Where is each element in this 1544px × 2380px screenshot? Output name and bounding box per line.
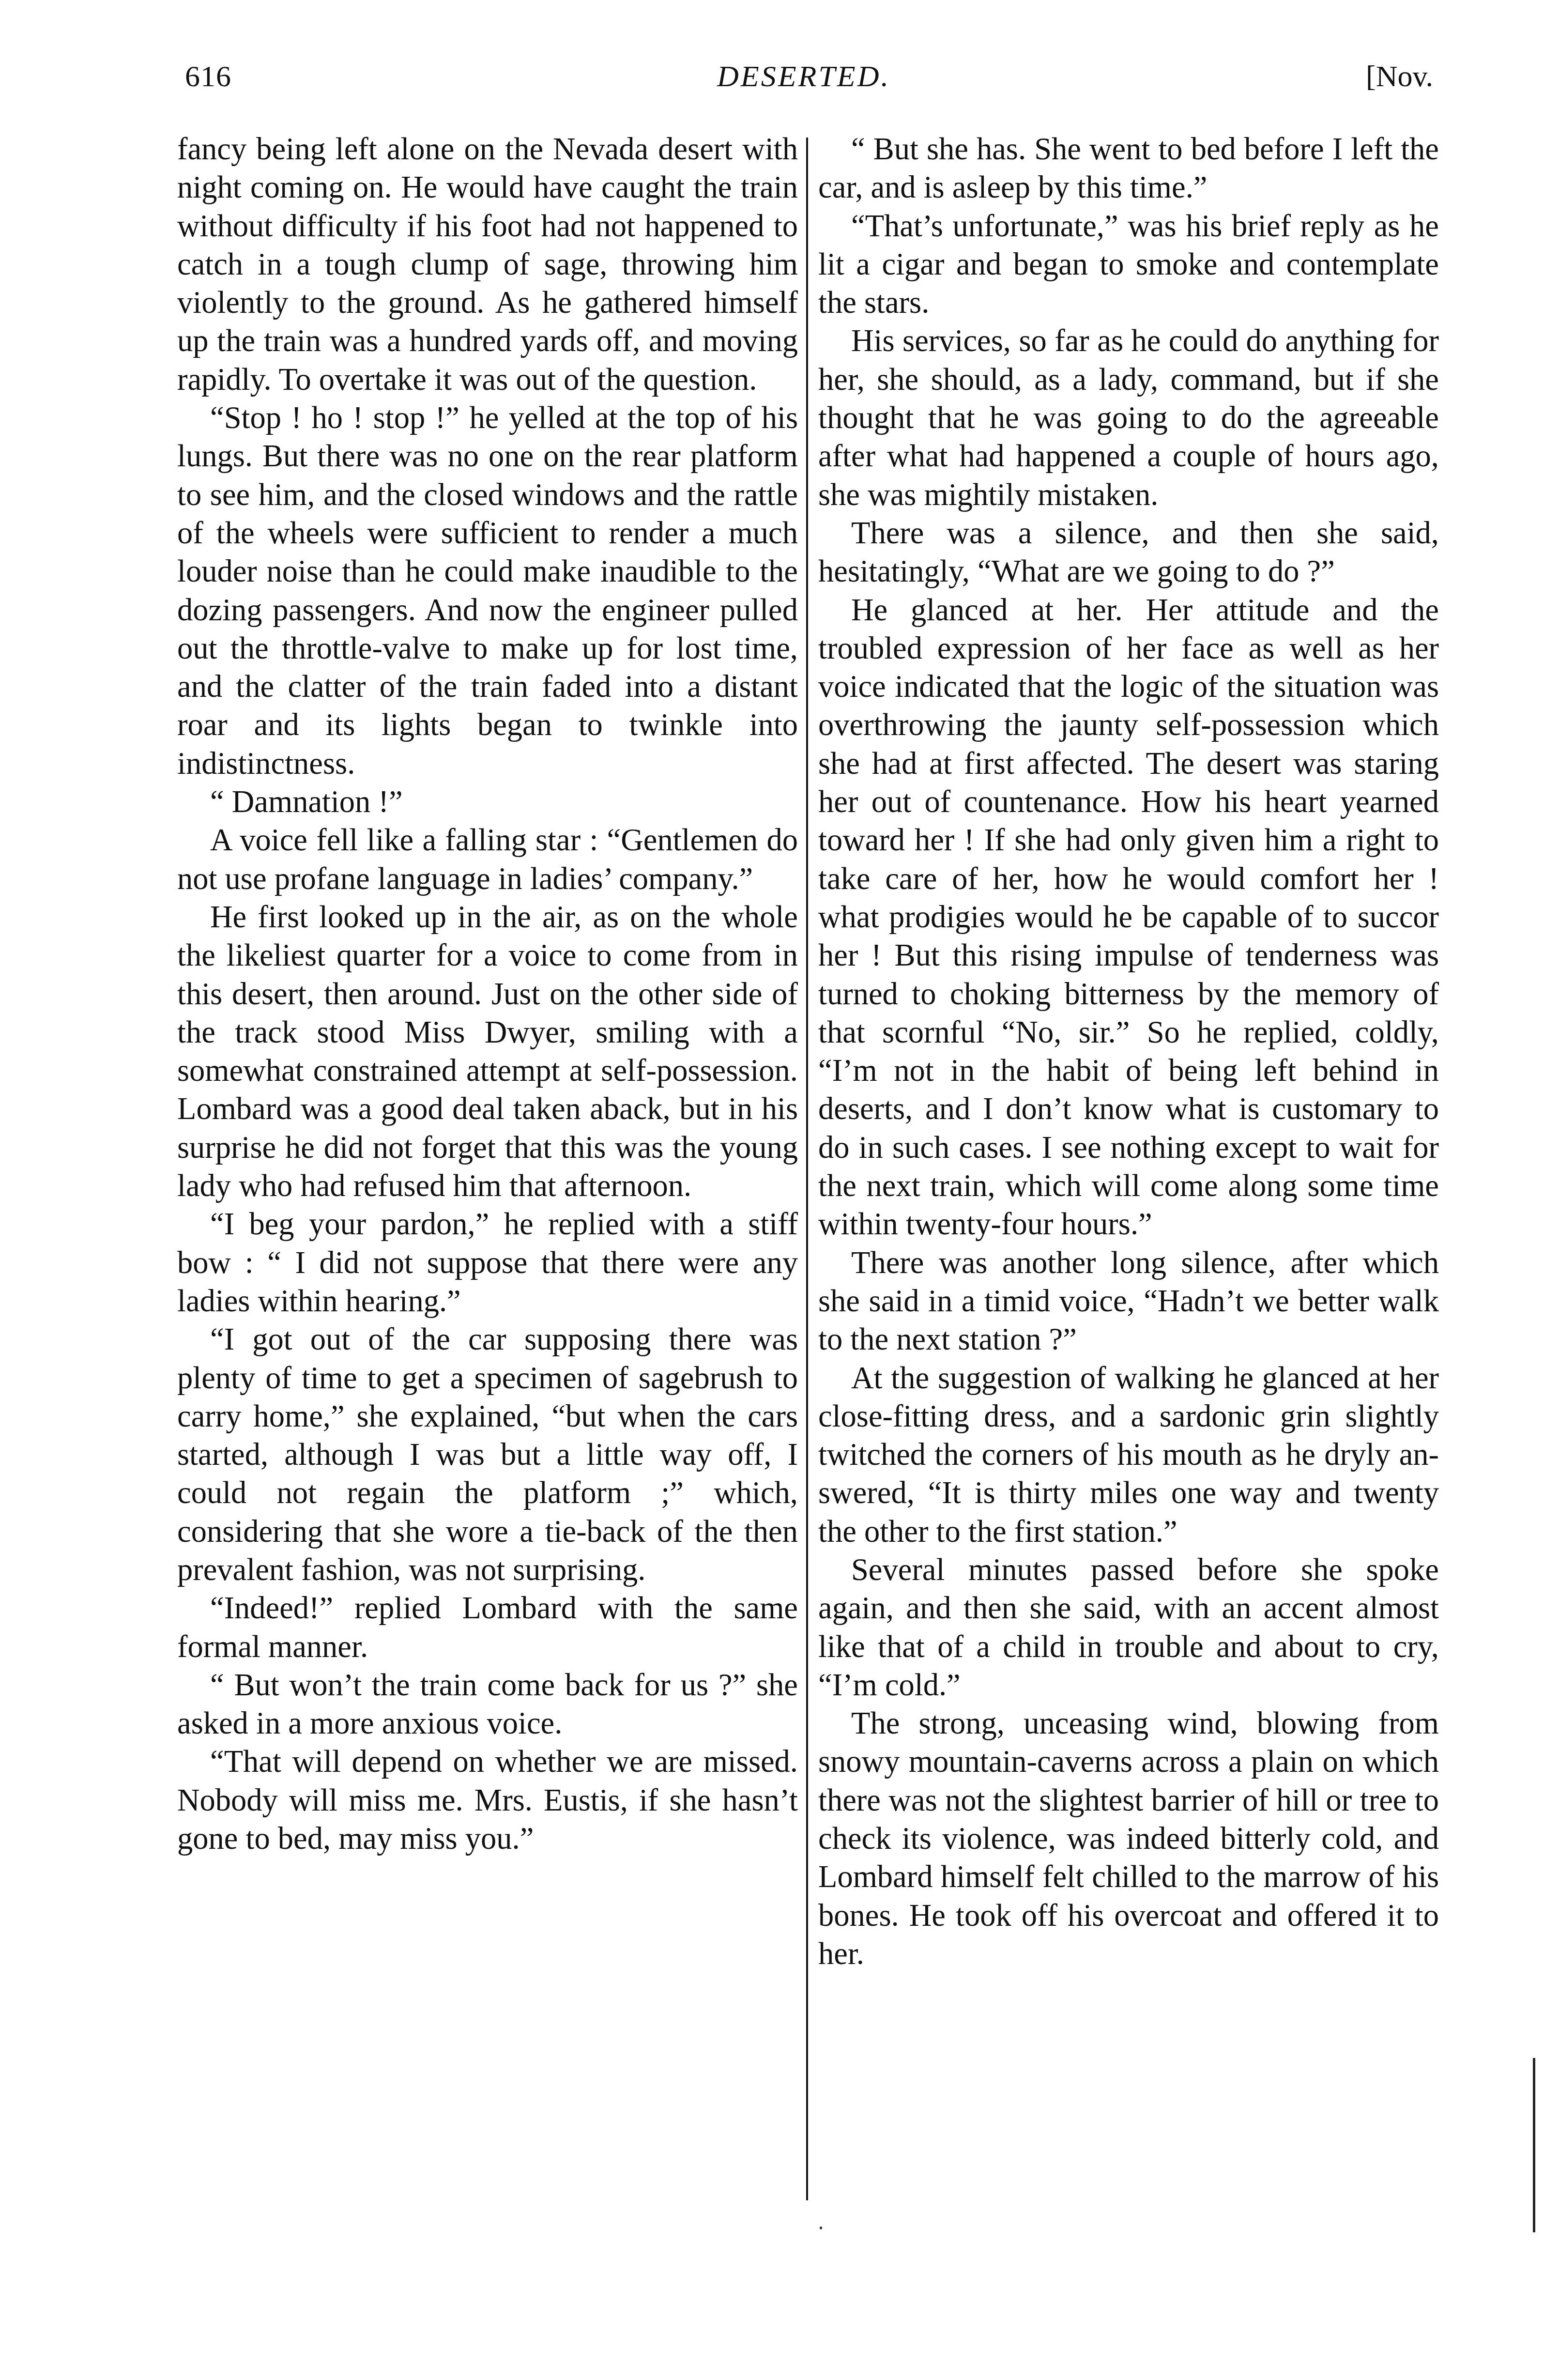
paragraph: He first looked up in the air, as on the… [177, 898, 798, 1205]
paragraph: His services, so far as he could do any­… [818, 322, 1439, 513]
scan-speck [820, 2226, 822, 2229]
paragraph: He glanced at her. Her attitude and the … [818, 591, 1439, 1244]
right-column: “ But she has. She went to bed before I … [818, 130, 1439, 1973]
paragraph: The strong, unceasing wind, blowing from… [818, 1704, 1439, 1973]
running-title: DESERTED. [174, 57, 1433, 96]
paragraph: “Stop ! ho ! stop !” he yelled at the to… [177, 399, 798, 783]
paragraph: “ But won’t the train come back for us ?… [177, 1666, 798, 1743]
left-column: fancy being left alone on the Nevada des… [177, 130, 798, 1858]
paragraph: fancy being left alone on the Nevada des… [177, 130, 798, 399]
page-edge-shadow [1533, 2058, 1535, 2232]
paragraph: “I beg your pardon,” he replied with a s… [177, 1205, 798, 1320]
paragraph: “ Damnation !” [177, 783, 798, 821]
paragraph: “I got out of the car supposing there wa… [177, 1320, 798, 1589]
paragraph: “ But she has. She went to bed before I … [818, 130, 1439, 207]
paragraph: “That will depend on whether we are miss… [177, 1742, 798, 1858]
paragraph: There was a silence, and then she said, … [818, 514, 1439, 591]
paragraph: “Indeed!” replied Lombard with the same … [177, 1589, 798, 1666]
paragraph: “That’s unfortunate,” was his brief re­p… [818, 207, 1439, 322]
column-divider [806, 138, 808, 2200]
paragraph: A voice fell like a falling star : “Gen­… [177, 821, 798, 898]
running-head: 616 DESERTED. [Nov. [174, 57, 1433, 96]
paragraph: Several minutes passed before she spoke … [818, 1551, 1439, 1704]
paragraph: At the suggestion of walking he glanced … [818, 1359, 1439, 1551]
running-month: [Nov. [1366, 57, 1433, 96]
paragraph: There was another long silence, after wh… [818, 1244, 1439, 1359]
scanned-page: 616 DESERTED. [Nov. fancy being left alo… [0, 0, 1544, 2380]
